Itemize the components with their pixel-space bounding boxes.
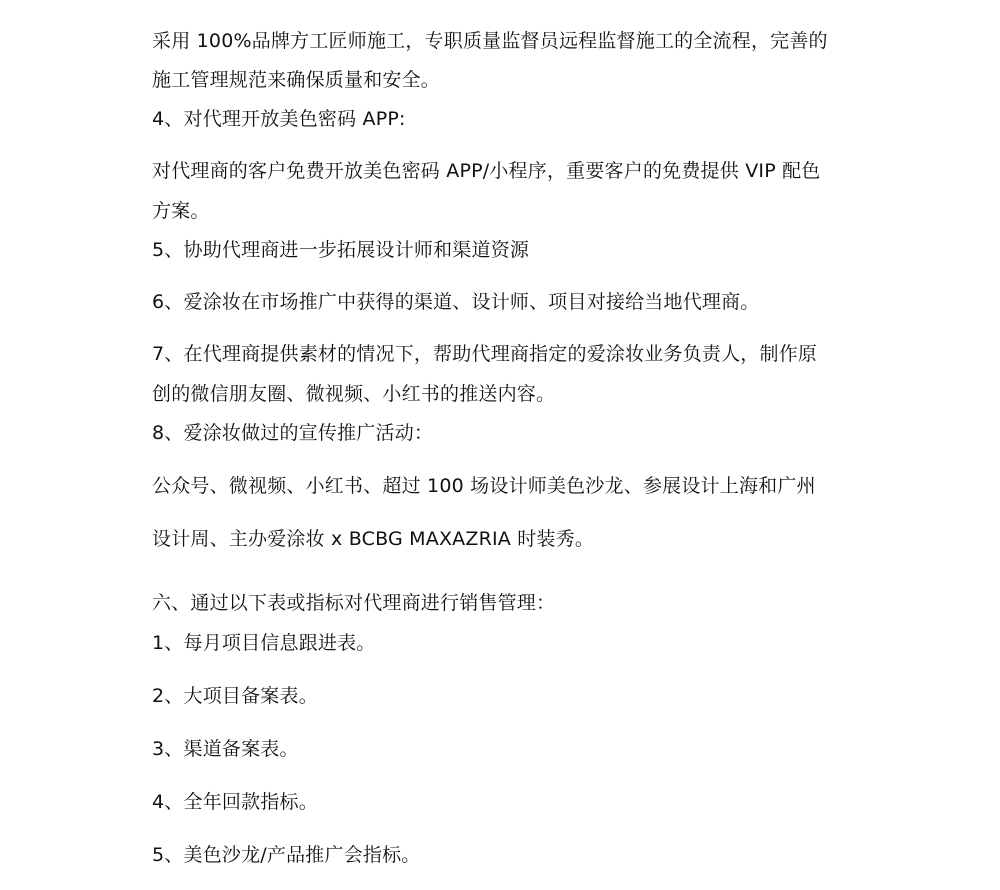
paragraph-construction-quality-line-1: 采用 100%品牌方工匠师施工，专职质量监督员远程监督施工的全流程，完善的 xyxy=(152,29,828,53)
section-6-item-1: 1、每月项目信息跟进表。 xyxy=(152,631,376,655)
item-5: 5、协助代理商进一步拓展设计师和渠道资源 xyxy=(152,238,529,262)
paragraph-construction-quality-line-2: 施工管理规范来确保质量和安全。 xyxy=(152,68,440,92)
item-4-body-line-2: 方案。 xyxy=(152,199,210,223)
item-6: 6、爱涂妆在市场推广中获得的渠道、设计师、项目对接给当地代理商。 xyxy=(152,290,760,314)
section-6-item-5: 5、美色沙龙/产品推广会指标。 xyxy=(152,843,421,867)
item-8-heading: 8、爱涂妆做过的宣传推广活动： xyxy=(152,421,433,445)
item-8-body-line-2: 设计周、主办爱涂妆 x BCBG MAXAZRIA 时装秀。 xyxy=(152,527,594,551)
section-6-heading: 六、通过以下表或指标对代理商进行销售管理： xyxy=(152,591,555,615)
item-8-body-line-1: 公众号、微视频、小红书、超过 100 场设计师美色沙龙、参展设计上海和广州 xyxy=(152,474,816,498)
section-6-item-3: 3、渠道备案表。 xyxy=(152,737,299,761)
item-7-line-1: 7、在代理商提供素材的情况下，帮助代理商指定的爱涂妆业务负责人，制作原 xyxy=(152,342,817,366)
section-6-item-2: 2、大项目备案表。 xyxy=(152,684,318,708)
item-4-body-line-1: 对代理商的客户免费开放美色密码 APP/小程序，重要客户的免费提供 VIP 配色 xyxy=(152,159,821,183)
section-6-item-4: 4、全年回款指标。 xyxy=(152,790,318,814)
item-4-heading: 4、对代理开放美色密码 APP: xyxy=(152,107,406,131)
item-7-line-2: 创的微信朋友圈、微视频、小红书的推送内容。 xyxy=(152,382,555,406)
document-page: 采用 100%品牌方工匠师施工，专职质量监督员远程监督施工的全流程，完善的 施工… xyxy=(0,0,1000,890)
